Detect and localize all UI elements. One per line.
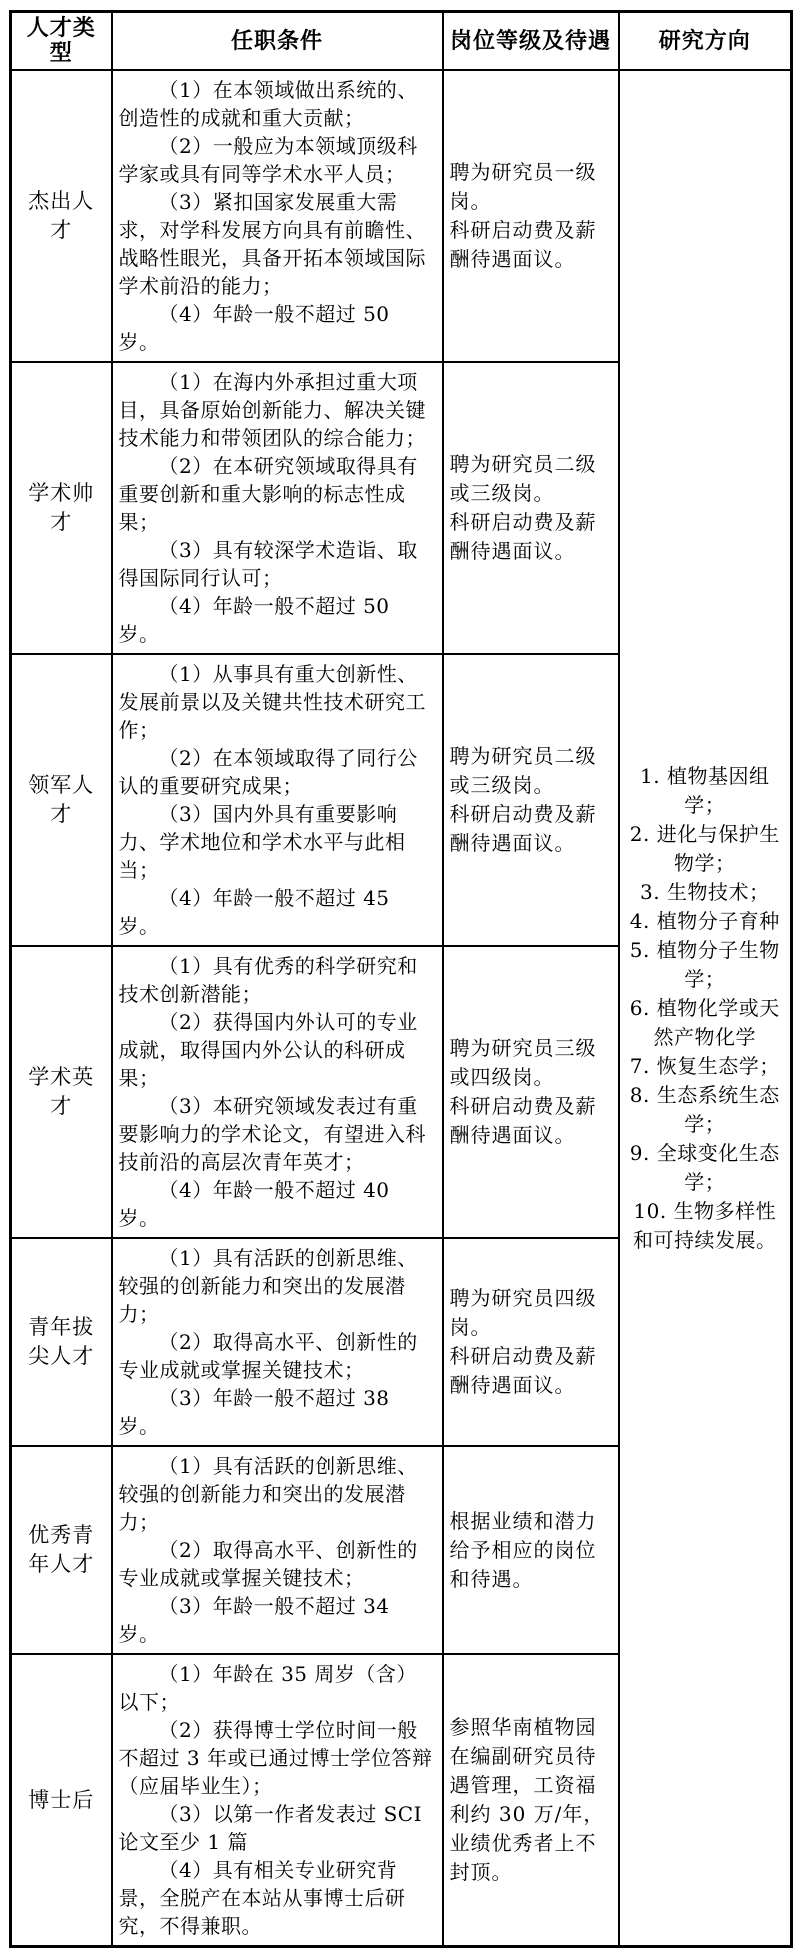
conditions-cell: （1）具有活跃的创新思维、较强的创新能力和突出的发展潜力；（2）取得高水平、创新… bbox=[112, 1446, 443, 1654]
condition-item: （4）年龄一般不超过 40 岁。 bbox=[119, 1176, 436, 1232]
conditions-cell: （1）从事具有重大创新性、发展前景以及关键共性技术研究工作；（2）在本领域取得了… bbox=[112, 654, 443, 946]
research-direction-item: 8. 生态系统生态学； bbox=[630, 1081, 781, 1139]
research-directions-cell: 1. 植物基因组学；2. 进化与保护生物学；3. 生物技术；4. 植物分子育种5… bbox=[619, 70, 792, 1947]
talent-type-cell: 领军人才 bbox=[11, 654, 112, 946]
conditions-cell: （1）在海内外承担过重大项目，具备原始创新能力、解决关键技术能力和带领团队的综合… bbox=[112, 362, 443, 654]
talent-type-cell: 博士后 bbox=[11, 1654, 112, 1947]
condition-item: （3）年龄一般不超过 38 岁。 bbox=[119, 1384, 436, 1440]
condition-item: （1）具有活跃的创新思维、较强的创新能力和突出的发展潜力； bbox=[119, 1452, 436, 1536]
table-row: 杰出人才（1）在本领域做出系统的、创造性的成就和重大贡献；（2）一般应为本领域顶… bbox=[11, 70, 792, 362]
treatment-line: 聘为研究员二级或三级岗。 bbox=[450, 742, 612, 800]
treatment-line: 科研启动费及薪酬待遇面议。 bbox=[450, 800, 612, 858]
condition-item: （3）本研究领域发表过有重要影响力的学术论文，有望进入科技前沿的高层次青年英才； bbox=[119, 1092, 436, 1176]
treatment-cell: 聘为研究员二级或三级岗。科研启动费及薪酬待遇面议。 bbox=[443, 654, 619, 946]
treatment-line: 聘为研究员二级或三级岗。 bbox=[450, 450, 612, 508]
research-direction-item: 9. 全球变化生态学； bbox=[630, 1139, 781, 1197]
condition-item: （3）年龄一般不超过 34 岁。 bbox=[119, 1592, 436, 1648]
treatment-cell: 聘为研究员三级或四级岗。科研启动费及薪酬待遇面议。 bbox=[443, 946, 619, 1238]
talent-type-cell: 学术帅才 bbox=[11, 362, 112, 654]
treatment-cell: 聘为研究员四级岗。科研启动费及薪酬待遇面议。 bbox=[443, 1238, 619, 1446]
condition-item: （2）一般应为本领域顶级科学家或具有同等学术水平人员； bbox=[119, 132, 436, 188]
treatment-cell: 根据业绩和潜力给予相应的岗位和待遇。 bbox=[443, 1446, 619, 1654]
research-direction-item: 6. 植物化学或天然产物化学 bbox=[630, 994, 781, 1052]
condition-item: （2）取得高水平、创新性的专业成就或掌握关键技术； bbox=[119, 1328, 436, 1384]
condition-item: （2）在本研究领域取得具有重要创新和重大影响的标志性成果； bbox=[119, 452, 436, 536]
treatment-line: 聘为研究员四级岗。 bbox=[450, 1284, 612, 1342]
document-page: 人才类型 任职条件 岗位等级及待遇 研究方向 杰出人才（1）在本领域做出系统的、… bbox=[0, 0, 800, 1958]
condition-item: （2）在本领域取得了同行公认的重要研究成果； bbox=[119, 744, 436, 800]
header-qualification-conditions: 任职条件 bbox=[112, 12, 443, 71]
condition-item: （3）国内外具有重要影响力、学术地位和学术水平与此相当； bbox=[119, 800, 436, 884]
header-position-level-treatment: 岗位等级及待遇 bbox=[443, 12, 619, 71]
research-direction-item: 2. 进化与保护生物学； bbox=[630, 820, 781, 878]
research-direction-item: 10. 生物多样性和可持续发展。 bbox=[630, 1197, 781, 1255]
talent-type-cell: 学术英才 bbox=[11, 946, 112, 1238]
treatment-cell: 聘为研究员一级岗。科研启动费及薪酬待遇面议。 bbox=[443, 70, 619, 362]
header-talent-type: 人才类型 bbox=[11, 12, 112, 71]
condition-item: （1）从事具有重大创新性、发展前景以及关键共性技术研究工作； bbox=[119, 660, 436, 744]
treatment-line: 科研启动费及薪酬待遇面议。 bbox=[450, 1092, 612, 1150]
research-direction-item: 5. 植物分子生物学； bbox=[630, 936, 781, 994]
table-header-row: 人才类型 任职条件 岗位等级及待遇 研究方向 bbox=[11, 12, 792, 71]
condition-item: （4）年龄一般不超过 50 岁。 bbox=[119, 592, 436, 648]
talent-recruitment-table: 人才类型 任职条件 岗位等级及待遇 研究方向 杰出人才（1）在本领域做出系统的、… bbox=[9, 10, 793, 1948]
treatment-line: 根据业绩和潜力给予相应的岗位和待遇。 bbox=[450, 1507, 612, 1594]
treatment-cell: 参照华南植物园在编副研究员待遇管理，工资福利约 30 万/年，业绩优秀者上不封顶… bbox=[443, 1654, 619, 1947]
treatment-line: 科研启动费及薪酬待遇面议。 bbox=[450, 216, 612, 274]
condition-item: （3）具有较深学术造诣、取得国际同行认可； bbox=[119, 536, 436, 592]
treatment-cell: 聘为研究员二级或三级岗。科研启动费及薪酬待遇面议。 bbox=[443, 362, 619, 654]
condition-item: （1）在本领域做出系统的、创造性的成就和重大贡献； bbox=[119, 76, 436, 132]
treatment-line: 聘为研究员三级或四级岗。 bbox=[450, 1034, 612, 1092]
condition-item: （2）取得高水平、创新性的专业成就或掌握关键技术； bbox=[119, 1536, 436, 1592]
treatment-line: 聘为研究员一级岗。 bbox=[450, 158, 612, 216]
condition-item: （3）紧扣国家发展重大需求，对学科发展方向具有前瞻性、战略性眼光，具备开拓本领域… bbox=[119, 188, 436, 300]
talent-type-cell: 杰出人才 bbox=[11, 70, 112, 362]
condition-item: （4）具有相关专业研究背景，全脱产在本站从事博士后研究，不得兼职。 bbox=[119, 1856, 436, 1940]
conditions-cell: （1）在本领域做出系统的、创造性的成就和重大贡献；（2）一般应为本领域顶级科学家… bbox=[112, 70, 443, 362]
talent-type-cell: 青年拔尖人才 bbox=[11, 1238, 112, 1446]
condition-item: （1）具有优秀的科学研究和技术创新潜能； bbox=[119, 952, 436, 1008]
condition-item: （4）年龄一般不超过 45 岁。 bbox=[119, 884, 436, 940]
condition-item: （2）获得博士学位时间一般不超过 3 年或已通过博士学位答辩（应届毕业生）； bbox=[119, 1716, 436, 1800]
header-research-directions: 研究方向 bbox=[619, 12, 792, 71]
treatment-line: 参照华南植物园在编副研究员待遇管理，工资福利约 30 万/年，业绩优秀者上不封顶… bbox=[450, 1713, 612, 1887]
condition-item: （1）在海内外承担过重大项目，具备原始创新能力、解决关键技术能力和带领团队的综合… bbox=[119, 368, 436, 452]
condition-item: （4）年龄一般不超过 50 岁。 bbox=[119, 300, 436, 356]
research-direction-item: 4. 植物分子育种 bbox=[630, 907, 781, 936]
treatment-line: 科研启动费及薪酬待遇面议。 bbox=[450, 508, 612, 566]
research-direction-item: 1. 植物基因组学； bbox=[630, 762, 781, 820]
condition-item: （1）具有活跃的创新思维、较强的创新能力和突出的发展潜力； bbox=[119, 1244, 436, 1328]
conditions-cell: （1）具有优秀的科学研究和技术创新潜能；（2）获得国内外认可的专业成就，取得国内… bbox=[112, 946, 443, 1238]
treatment-line: 科研启动费及薪酬待遇面议。 bbox=[450, 1342, 612, 1400]
condition-item: （2）获得国内外认可的专业成就，取得国内外公认的科研成果； bbox=[119, 1008, 436, 1092]
condition-item: （1）年龄在 35 周岁（含）以下； bbox=[119, 1660, 436, 1716]
talent-type-cell: 优秀青年人才 bbox=[11, 1446, 112, 1654]
condition-item: （3）以第一作者发表过 SCI 论文至少 1 篇 bbox=[119, 1800, 436, 1856]
conditions-cell: （1）年龄在 35 周岁（含）以下；（2）获得博士学位时间一般不超过 3 年或已… bbox=[112, 1654, 443, 1947]
conditions-cell: （1）具有活跃的创新思维、较强的创新能力和突出的发展潜力；（2）取得高水平、创新… bbox=[112, 1238, 443, 1446]
research-direction-item: 3. 生物技术； bbox=[630, 878, 781, 907]
research-direction-item: 7. 恢复生态学； bbox=[630, 1052, 781, 1081]
table-body: 杰出人才（1）在本领域做出系统的、创造性的成就和重大贡献；（2）一般应为本领域顶… bbox=[11, 70, 792, 1947]
